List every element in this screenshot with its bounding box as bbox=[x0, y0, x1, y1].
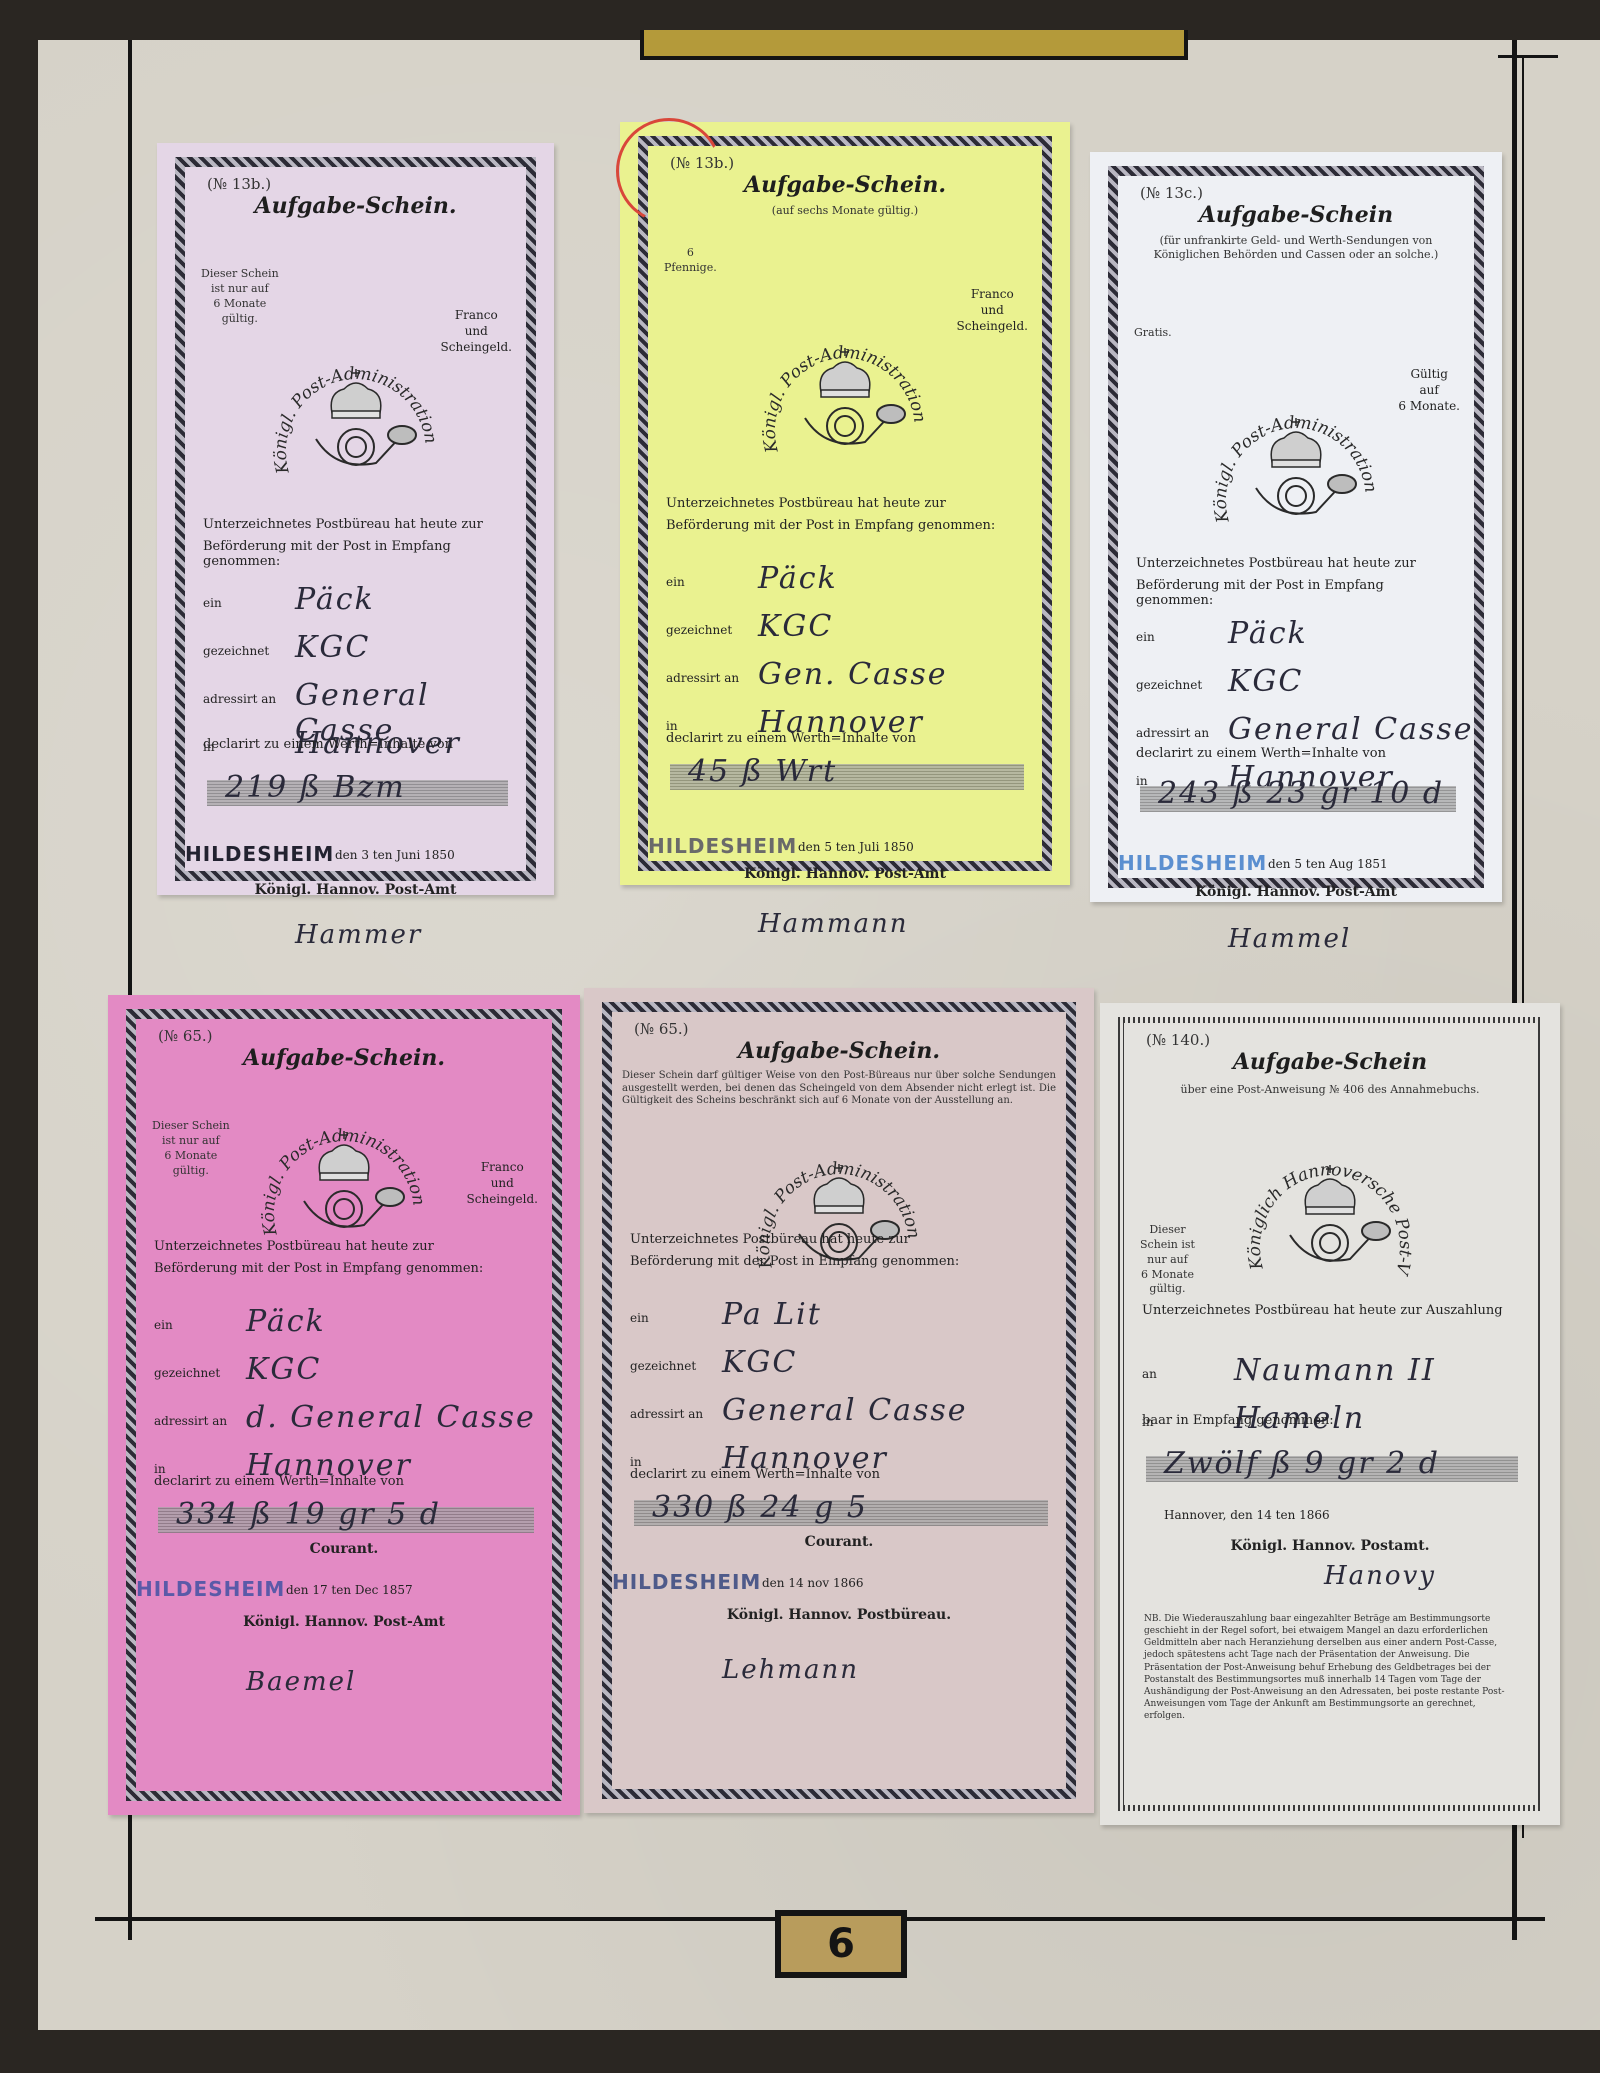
receipt-document-3: (№ 13c.)Aufgabe-Schein(für unfrankirte G… bbox=[1090, 152, 1502, 902]
nb-note: NB. Die Wiederauszahlung baar eingezahlt… bbox=[1144, 1613, 1518, 1722]
receipt-document-6: (№ 140.)Aufgabe-Scheinüber eine Post-Anw… bbox=[1100, 1003, 1560, 1825]
form-number: (№ 13c.) bbox=[1140, 184, 1203, 202]
body-text: Unterzeichnetes Postbüreau hat heute zur bbox=[666, 496, 1028, 511]
svg-text:Königl. Post-Administration: Königl. Post-Administration bbox=[259, 1126, 429, 1238]
signature: Hammann bbox=[758, 909, 908, 939]
date-line: den 5 ten Aug 1851 bbox=[1268, 857, 1388, 871]
form-subtitle: (auf sechs Monate gültig.) bbox=[658, 204, 1032, 218]
body-text: Beförderung mit der Post in Empfang geno… bbox=[630, 1254, 1052, 1269]
signature: Hammer bbox=[295, 920, 422, 950]
signature: Lehmann bbox=[722, 1655, 859, 1685]
field-label: gezeichnet bbox=[203, 644, 269, 658]
post-office-name: Königl. Hannov. Post-Amt bbox=[185, 882, 526, 898]
page-number: 6 bbox=[775, 1910, 907, 1978]
field-label: gezeichnet bbox=[630, 1359, 696, 1373]
handwritten-amount: 330 ß 24 g 5 bbox=[652, 1490, 868, 1525]
handwritten-amount: 219 ß Bzm bbox=[225, 770, 406, 805]
right-note: FrancoundScheingeld. bbox=[441, 307, 512, 356]
body-text: Beförderung mit der Post in Empfang geno… bbox=[1136, 578, 1460, 608]
svg-text:Königl. Post-Administration: Königl. Post-Administration bbox=[1211, 413, 1381, 525]
right-note: FrancoundScheingeld. bbox=[467, 1159, 538, 1208]
royal-seal: Königl. Post-Administration bbox=[1211, 396, 1381, 546]
handwritten-entry: Päck bbox=[246, 1304, 326, 1339]
handwritten-entry: General Casse bbox=[722, 1393, 968, 1428]
body-text: Unterzeichnetes Postbüreau hat heute zur bbox=[1136, 556, 1460, 571]
postmark-stamp: HILDESHEIM bbox=[612, 1570, 761, 1594]
declaration-text: baar in Empfang genommen: bbox=[1142, 1413, 1522, 1428]
receipt-document-4: (№ 65.)Aufgabe-Schein.Dieser Scheinist n… bbox=[108, 995, 580, 1815]
ornamental-border: (№ 13b.)Aufgabe-Schein.(auf sechs Monate… bbox=[638, 136, 1052, 871]
signature: Hammel bbox=[1228, 924, 1351, 954]
field-label: ein bbox=[630, 1311, 649, 1325]
left-note: 6Pfennige. bbox=[664, 246, 717, 276]
date-line: den 14 nov 1866 bbox=[762, 1576, 864, 1590]
form-number: (№ 13b.) bbox=[207, 175, 271, 193]
form-number: (№ 65.) bbox=[634, 1020, 689, 1038]
royal-seal: Königl. Post-Administration bbox=[259, 1109, 429, 1259]
date-line: den 3 ten Juni 1850 bbox=[335, 848, 455, 862]
post-horn-crown-emblem-icon: Königlich Hannoversche Post-Verwaltung bbox=[1245, 1143, 1415, 1293]
field-label: adressirt an bbox=[154, 1414, 227, 1428]
royal-seal: Königl. Post-Administration bbox=[760, 326, 930, 476]
body-text: Unterzeichnetes Postbüreau hat heute zur bbox=[154, 1239, 538, 1254]
left-note: Dieser Scheinist nur auf6 Monategültig. bbox=[201, 267, 279, 326]
field-label: ein bbox=[203, 596, 222, 610]
body-text: Unterzeichnetes Postbüreau hat heute zur bbox=[630, 1232, 1052, 1247]
post-office-name: Königl. Hannov. Postbüreau. bbox=[612, 1607, 1066, 1623]
handwritten-entry: KGC bbox=[758, 609, 833, 644]
handwritten-entry: Naumann II bbox=[1234, 1353, 1436, 1388]
handwritten-entry: KGC bbox=[722, 1345, 797, 1380]
handwritten-entry: Päck bbox=[295, 582, 375, 617]
post-office-name: Königl. Hannov. Post-Amt bbox=[1118, 884, 1474, 900]
handwritten-entry: Gen. Casse bbox=[758, 657, 948, 692]
handwritten-entry: d. General Casse bbox=[246, 1400, 536, 1435]
handwritten-amount: 334 ß 19 gr 5 d bbox=[176, 1497, 441, 1532]
signature: Hanovy bbox=[1324, 1561, 1436, 1591]
right-note: Gültigauf6 Monate. bbox=[1398, 366, 1460, 415]
date-line: den 17 ten Dec 1857 bbox=[286, 1583, 413, 1597]
ornamental-border: (№ 65.)Aufgabe-Schein.Dieser Scheinist n… bbox=[126, 1009, 562, 1801]
declaration-text: declarirt zu einem Werth=Inhalte von bbox=[203, 737, 512, 752]
post-office-name: Königl. Hannov. Post-Amt bbox=[136, 1614, 552, 1630]
body-text: Beförderung mit der Post in Empfang geno… bbox=[203, 539, 512, 569]
date-line: Hannover, den 14 ten 1866 bbox=[1164, 1508, 1330, 1522]
ornamental-border: (№ 13c.)Aufgabe-Schein(für unfrankirte G… bbox=[1108, 166, 1484, 888]
post-horn-crown-emblem-icon: Königl. Post-Administration bbox=[271, 347, 441, 497]
svg-text:Königl. Post-Administration: Königl. Post-Administration bbox=[271, 364, 441, 476]
receipt-document-1: (№ 13b.)Aufgabe-Schein.Dieser Scheinist … bbox=[157, 143, 554, 895]
receipt-document-2: (№ 13b.)Aufgabe-Schein.(auf sechs Monate… bbox=[620, 122, 1070, 885]
field-label: ein bbox=[1136, 630, 1155, 644]
form-title: Aufgabe-Schein bbox=[1118, 202, 1474, 228]
form-number: (№ 65.) bbox=[158, 1027, 213, 1045]
declaration-text: declarirt zu einem Werth=Inhalte von bbox=[666, 731, 1028, 746]
ornamental-border: (№ 140.)Aufgabe-Scheinüber eine Post-Anw… bbox=[1118, 1017, 1542, 1811]
field-label: ein bbox=[666, 575, 685, 589]
handwritten-entry: Päck bbox=[758, 561, 838, 596]
receipt-document-5: (№ 65.)Aufgabe-Schein.Dieser Schein darf… bbox=[584, 988, 1094, 1813]
handwritten-entry: KGC bbox=[1228, 664, 1303, 699]
body-text: Beförderung mit der Post in Empfang geno… bbox=[154, 1261, 538, 1276]
post-office-name: Königl. Hannov. Post-Amt bbox=[648, 866, 1042, 882]
right-note: FrancoundScheingeld. bbox=[957, 286, 1028, 335]
left-note: DieserSchein istnur auf6 Monategültig. bbox=[1140, 1223, 1195, 1297]
body-text: Beförderung mit der Post in Empfang geno… bbox=[666, 518, 1028, 533]
handwritten-amount: 45 ß Wrt bbox=[688, 754, 837, 789]
left-note: Gratis. bbox=[1134, 326, 1172, 341]
form-subtitle: (für unfrankirte Geld- und Werth-Sendung… bbox=[1128, 234, 1464, 262]
declaration-text: declarirt zu einem Werth=Inhalte von bbox=[630, 1467, 1052, 1482]
handwritten-amount: 243 ß 23 gr 10 d bbox=[1158, 776, 1444, 811]
form-title: Aufgabe-Schein. bbox=[136, 1045, 552, 1071]
field-label: gezeichnet bbox=[154, 1366, 220, 1380]
handwritten-entry: KGC bbox=[246, 1352, 321, 1387]
body-text: Unterzeichnetes Postbüreau hat heute zur… bbox=[1142, 1303, 1522, 1318]
currency-label: Courant. bbox=[612, 1534, 1066, 1550]
field-label: adressirt an bbox=[630, 1407, 703, 1421]
frame-line-top bbox=[1498, 55, 1558, 58]
post-horn-crown-emblem-icon: Königl. Post-Administration bbox=[1211, 396, 1381, 546]
form-number: (№ 140.) bbox=[1146, 1031, 1210, 1049]
field-label: ein bbox=[154, 1318, 173, 1332]
left-note: Dieser Scheinist nur auf6 Monategültig. bbox=[152, 1119, 230, 1178]
ornamental-border: (№ 13b.)Aufgabe-Schein.Dieser Scheinist … bbox=[175, 157, 536, 881]
form-title: Aufgabe-Schein bbox=[1124, 1049, 1536, 1075]
post-office-name: Königl. Hannov. Postamt. bbox=[1124, 1538, 1536, 1554]
form-title: Aufgabe-Schein. bbox=[185, 193, 526, 219]
currency-label: Courant. bbox=[136, 1541, 552, 1557]
post-horn-crown-emblem-icon: Königl. Post-Administration bbox=[760, 326, 930, 476]
royal-seal: Königl. Post-Administration bbox=[271, 347, 441, 497]
handwritten-entry: Pa Lit bbox=[722, 1297, 822, 1332]
form-subtitle: über eine Post-Anweisung № 406 des Annah… bbox=[1134, 1083, 1526, 1097]
field-label: adressirt an bbox=[1136, 726, 1209, 740]
handwritten-amount: Zwölf ß 9 gr 2 d bbox=[1164, 1446, 1440, 1481]
post-horn-crown-emblem-icon: Königl. Post-Administration bbox=[259, 1109, 429, 1259]
ornamental-border: (№ 65.)Aufgabe-Schein.Dieser Schein darf… bbox=[602, 1002, 1076, 1799]
handwritten-entry: KGC bbox=[295, 630, 370, 665]
frame-line-bottom-right bbox=[1512, 1835, 1517, 1940]
form-title: Aufgabe-Schein. bbox=[612, 1038, 1066, 1064]
postmark-stamp: HILDESHEIM bbox=[185, 842, 334, 866]
field-label: gezeichnet bbox=[666, 623, 732, 637]
handwritten-entry: General Casse bbox=[1228, 712, 1474, 747]
field-label: an bbox=[1142, 1367, 1157, 1381]
field-label: gezeichnet bbox=[1136, 678, 1202, 692]
field-label: adressirt an bbox=[666, 671, 739, 685]
post-horn-crown-emblem-icon: Königl. Post-Administration bbox=[754, 1142, 924, 1292]
page-header-tab bbox=[640, 30, 1188, 60]
royal-seal: Königl. Post-Administration bbox=[754, 1142, 924, 1292]
svg-text:Königl. Post-Administration: Königl. Post-Administration bbox=[760, 343, 930, 455]
royal-seal: Königlich Hannoversche Post-Verwaltung bbox=[1245, 1143, 1415, 1293]
handwritten-entry: Päck bbox=[1228, 616, 1308, 651]
field-label: adressirt an bbox=[203, 692, 276, 706]
body-text: Unterzeichnetes Postbüreau hat heute zur bbox=[203, 517, 512, 532]
date-line: den 5 ten Juli 1850 bbox=[798, 840, 914, 854]
postmark-stamp: HILDESHEIM bbox=[648, 834, 797, 858]
form-title: Aufgabe-Schein. bbox=[648, 172, 1042, 198]
postmark-stamp: HILDESHEIM bbox=[136, 1577, 285, 1601]
declaration-text: declarirt zu einem Werth=Inhalte von bbox=[1136, 746, 1460, 761]
postmark-stamp: HILDESHEIM bbox=[1118, 851, 1267, 875]
frame-line-bottom-left bbox=[128, 1820, 132, 1940]
declaration-text: declarirt zu einem Werth=Inhalte von bbox=[154, 1474, 538, 1489]
form-subtitle: Dieser Schein darf gültiger Weise von de… bbox=[622, 1070, 1056, 1108]
signature: Baemel bbox=[246, 1667, 356, 1697]
